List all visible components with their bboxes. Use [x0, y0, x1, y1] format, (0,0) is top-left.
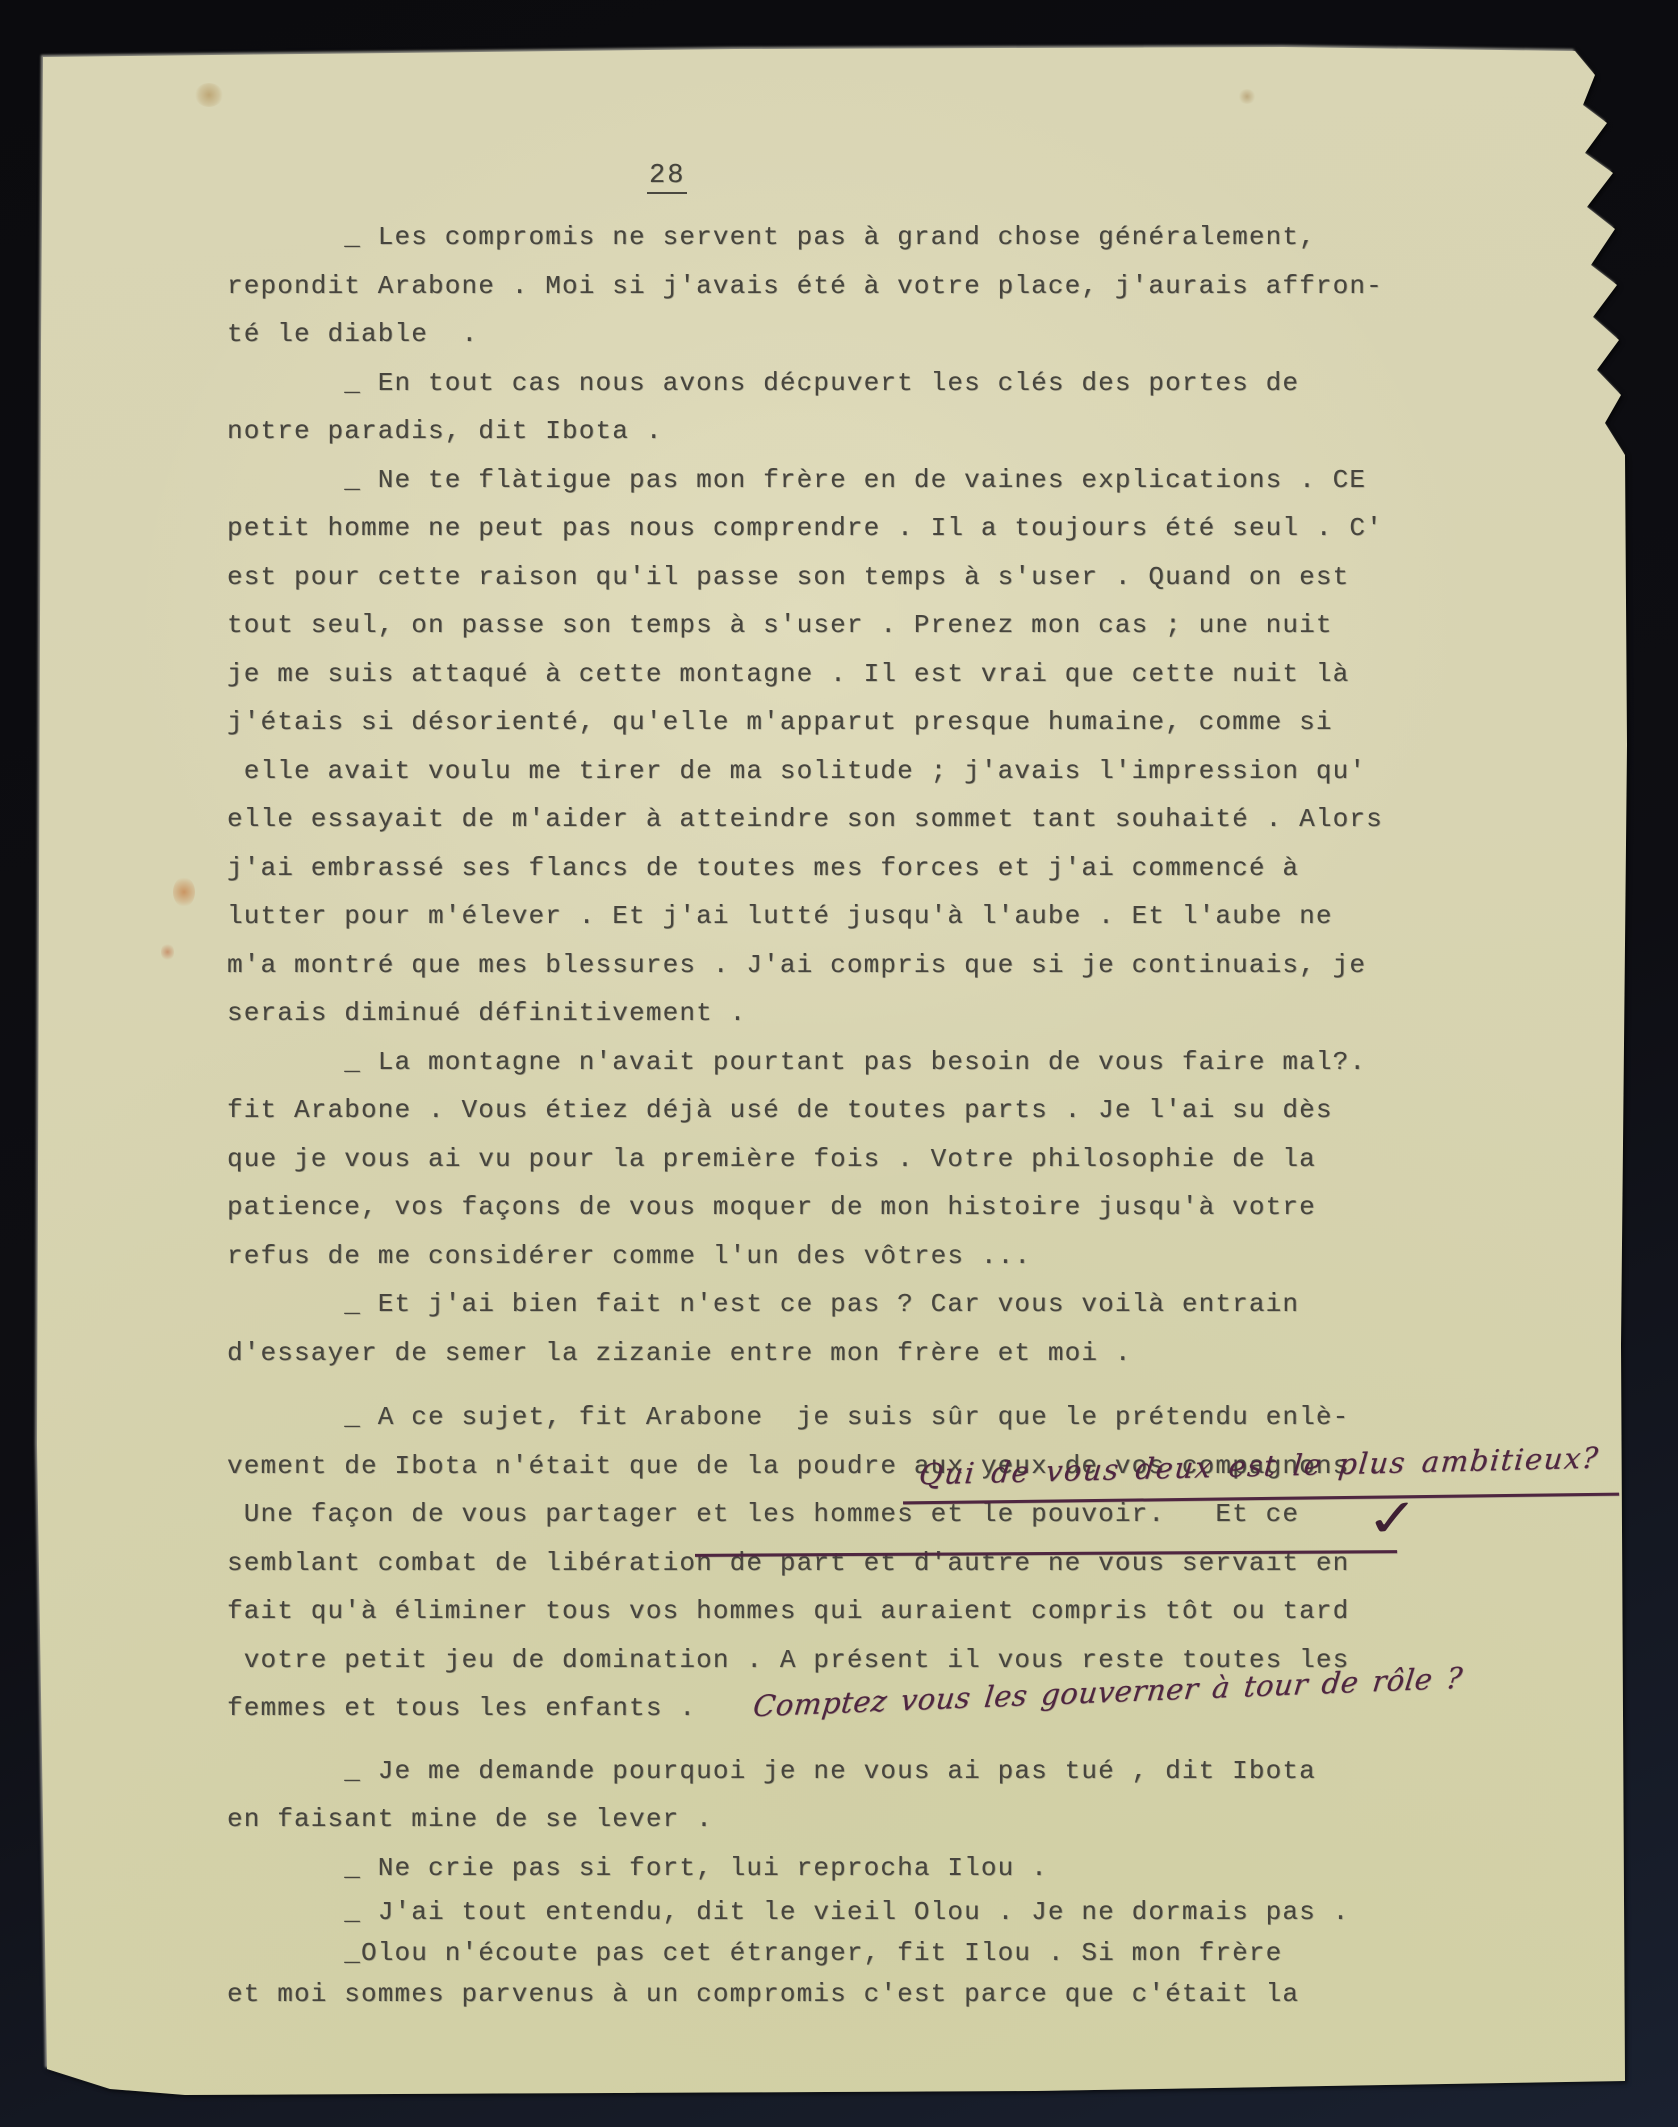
typed-line: notre paradis, dit Ibota .: [227, 407, 1607, 456]
typed-line: _ La montagne n'avait pourtant pas besoi…: [227, 1038, 1607, 1087]
typed-line: elle essayait de m'aider à atteindre son…: [227, 795, 1607, 844]
typed-line: fit Arabone . Vous étiez déjà usé de tou…: [227, 1086, 1607, 1135]
typed-line: _ Et j'ai bien fait n'est ce pas ? Car v…: [227, 1280, 1607, 1329]
typed-line: _ En tout cas nous avons décpuvert les c…: [227, 359, 1607, 408]
insert-caret-mark: ✓: [1364, 1488, 1422, 1550]
typed-line: refus de me considérer comme l'un des vô…: [227, 1232, 1607, 1281]
paper-stain: [161, 943, 174, 961]
page-number: 28: [647, 161, 687, 194]
typed-line: _ Les compromis ne servent pas à grand c…: [227, 213, 1607, 262]
typed-line: en faisant mine de se lever .: [227, 1795, 1607, 1844]
typed-line: repondit Arabone . Moi si j'avais été à …: [227, 262, 1607, 311]
typed-line: lutter pour m'élever . Et j'ai lutté jus…: [227, 892, 1607, 941]
typed-line: _Olou n'écoute pas cet étranger, fit Ilo…: [227, 1933, 1607, 1974]
typed-line: tout seul, on passe son temps à s'user .…: [227, 601, 1607, 650]
typed-line: j'ai embrassé ses flancs de toutes mes f…: [227, 844, 1607, 893]
typed-line: et moi sommes parvenus à un compromis c'…: [227, 1974, 1607, 2015]
scan-background: 28 _ Les compromis ne servent pas à gran…: [0, 0, 1678, 2127]
typed-line: elle avait voulu me tirer de ma solitude…: [227, 747, 1607, 796]
typed-line: _ Je me demande pourquoi je ne vous ai p…: [227, 1747, 1607, 1796]
typed-line: d'essayer de semer la zizanie entre mon …: [227, 1329, 1607, 1378]
typed-line: serais diminué définitivement .: [227, 989, 1607, 1038]
manuscript-page: 28 _ Les compromis ne servent pas à gran…: [35, 45, 1630, 2097]
typed-line: j'étais si désorienté, qu'elle m'apparut…: [227, 698, 1607, 747]
paper-sheet: 28 _ Les compromis ne servent pas à gran…: [35, 45, 1630, 2097]
typed-line: _ Ne te flàtigue pas mon frère en de vai…: [227, 456, 1607, 505]
paper-stain: [1238, 89, 1256, 104]
typed-line: té le diable .: [227, 310, 1607, 359]
typed-line: est pour cette raison qu'il passe son te…: [227, 553, 1607, 602]
typed-line: _ A ce sujet, fit Arabone je suis sûr qu…: [227, 1393, 1607, 1442]
typed-line: patience, vos façons de vous moquer de m…: [227, 1183, 1607, 1232]
typed-line: petit homme ne peut pas nous comprendre …: [227, 504, 1607, 553]
typed-line: je me suis attaqué à cette montagne . Il…: [227, 650, 1607, 699]
typed-line: m'a montré que mes blessures . J'ai comp…: [227, 941, 1607, 990]
typed-line: _ Ne crie pas si fort, lui reprocha Ilou…: [227, 1844, 1607, 1893]
paper-stain: [195, 83, 223, 107]
typed-text-block: _ Les compromis ne servent pas à grand c…: [227, 213, 1607, 2015]
typed-line: fait qu'à éliminer tous vos hommes qui a…: [227, 1587, 1607, 1636]
typed-line: _ J'ai tout entendu, dit le vieil Olou .…: [227, 1892, 1607, 1933]
paper-stain: [173, 877, 195, 907]
typed-line: que je vous ai vu pour la première fois …: [227, 1135, 1607, 1184]
